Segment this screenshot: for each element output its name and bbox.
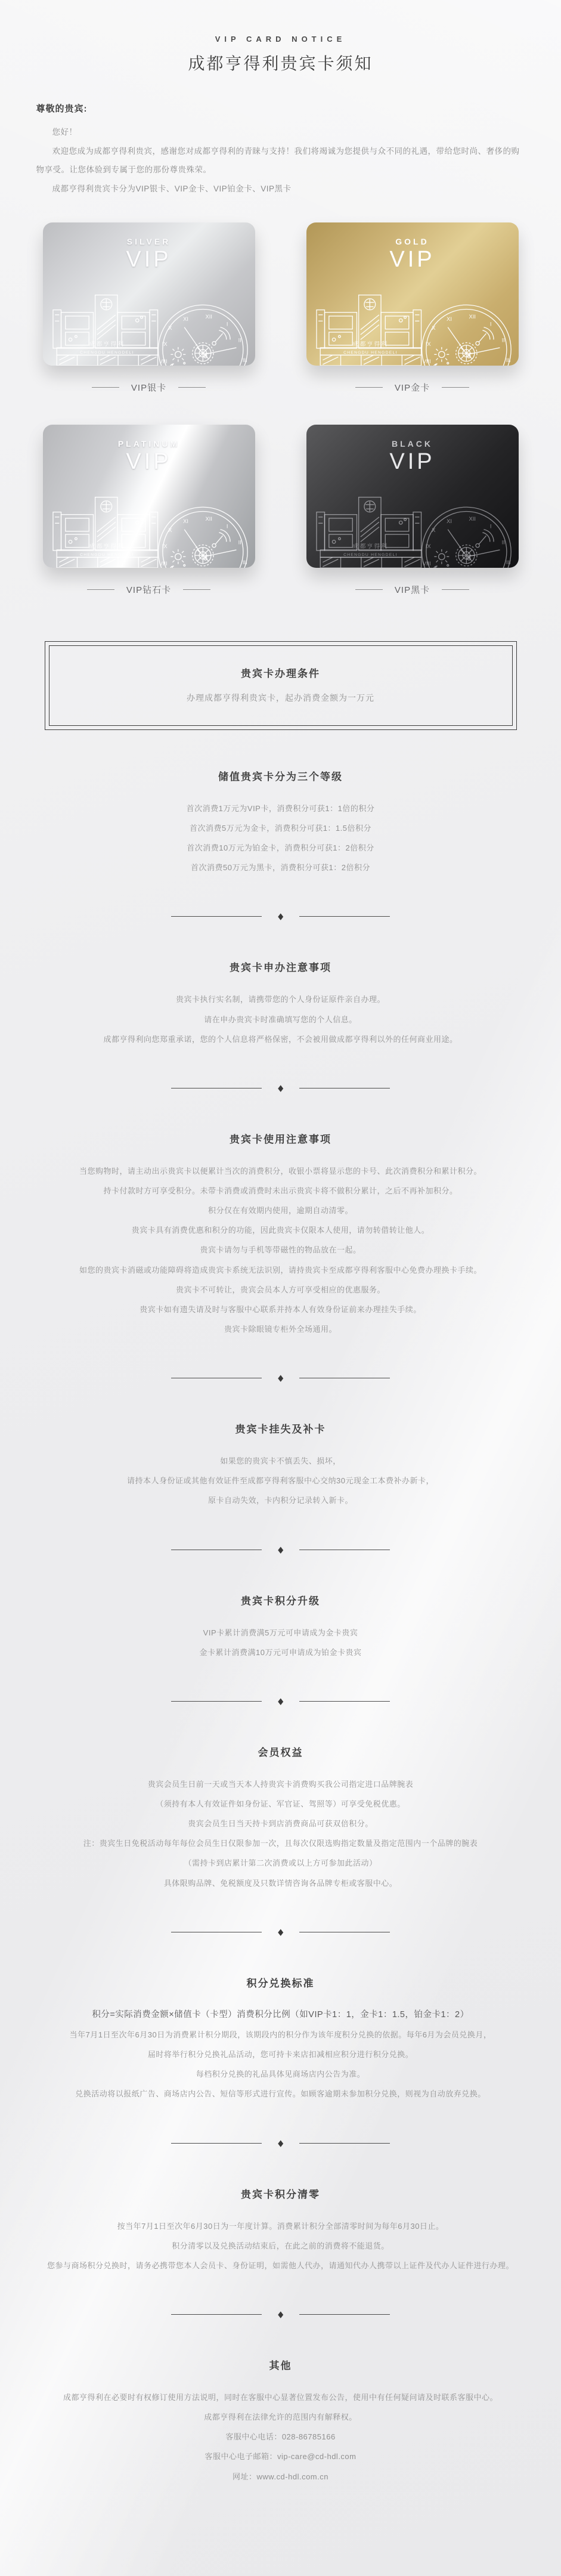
- separator-line: [299, 1378, 390, 1378]
- greeting-paragraph: 您好！: [36, 123, 525, 142]
- svg-text:I: I: [226, 321, 228, 327]
- card-caption-label: VIP黑卡: [395, 583, 430, 596]
- section-lines: 贵宾会员生日前一天或当天本人持贵宾卡消费购买我公司指定进口品牌腕表（须持有本人有…: [0, 1774, 561, 1893]
- section-text-line: 成都亨得利向您郑重承诺，您的个人信息将严格保密，不会被用做成都亨得利以外的任何商…: [0, 1029, 561, 1049]
- section-title: 积分兑换标准: [0, 1975, 561, 1990]
- section-title: 储值贵宾卡分为三个等级: [0, 768, 561, 783]
- storefront-building-illustration: 成都亨得利 CHENGDU HENGDELI: [316, 497, 421, 567]
- svg-text:II: II: [501, 539, 504, 545]
- eyebrow-title: VIP CARD NOTICE: [0, 35, 561, 44]
- svg-text:IX: IX: [162, 341, 168, 347]
- card-vip-text: VIP: [43, 450, 255, 475]
- svg-text:X: X: [168, 527, 172, 533]
- svg-text:III: III: [506, 357, 510, 363]
- notice-box-inner: 贵宾卡办理条件 办理成都亨得利贵宾卡，起办消费金额为一万元: [49, 645, 513, 726]
- card-tier-label: SILVER: [43, 237, 255, 246]
- card-artwork: 成都亨得利 CHENGDU HENGDELI X XI XII I: [43, 487, 255, 568]
- card-tier-label: PLATINUM: [43, 439, 255, 449]
- section-lines: 积分=实际消费金额×储值卡（卡型）消费积分比例（如VIP卡1：1，金卡1：1.5…: [0, 2005, 561, 2104]
- separator-line: [299, 1701, 390, 1702]
- section-title: 会员权益: [0, 1744, 561, 1759]
- vip-card: SILVER VIP: [43, 222, 255, 366]
- page-title: 成都亨得利贵宾卡须知: [0, 51, 561, 75]
- separator-line: [299, 1088, 390, 1088]
- caption-dash-right: [183, 589, 210, 590]
- svg-text:CHENGDU HENGDELI: CHENGDU HENGDELI: [343, 350, 397, 354]
- doc-section: 贵宾卡积分清零 按当年7月1日至次年6月30日为一年度计算。消费累计积分全部清零…: [0, 2186, 561, 2275]
- doc-section: 储值贵宾卡分为三个等级 首次消费1万元为VIP卡，消费积分可获1：1倍的积分首次…: [0, 768, 561, 878]
- caption-dash-left: [355, 387, 383, 388]
- separator-line: [171, 2143, 262, 2144]
- card-caption-label: VIP金卡: [395, 381, 430, 394]
- section-text-line: 持卡付款时方可享受积分。未带卡消费或消费时未出示贵宾卡将不做积分累计，之后不再补…: [0, 1181, 561, 1201]
- svg-text:I: I: [226, 523, 228, 529]
- doc-section: 贵宾卡积分升级 VIP卡累计消费满5万元可申请成为金卡贵宾金卡累计消费满10万元…: [0, 1592, 561, 1662]
- svg-text:XII: XII: [205, 516, 212, 522]
- section-text-line: 请在申办贵宾卡时准确填写您的个人信息。: [0, 1010, 561, 1029]
- section-text-line: 贵宾卡具有消费优惠和积分的功能，因此贵宾卡仅限本人使用，请勿转借转让他人。: [0, 1220, 561, 1240]
- vip-card: GOLD VIP: [306, 222, 519, 366]
- diamond-icon: ◆: [278, 1928, 283, 1937]
- greeting-paragraph: 成都亨得利贵宾卡分为VIP银卡、VIP金卡、VIP铂金卡、VIP黑卡: [36, 180, 525, 199]
- svg-text:XI: XI: [183, 316, 188, 322]
- caption-dash-right: [442, 387, 469, 388]
- svg-text:I: I: [489, 523, 491, 529]
- svg-text:XII: XII: [205, 314, 212, 320]
- section-lines: VIP卡累计消费满5万元可申请成为金卡贵宾金卡累计消费满10万元可申请成为铂金卡…: [0, 1623, 561, 1662]
- separator-line: [299, 2314, 390, 2315]
- watch-illustration: X XI XII I II III IX VIII: [158, 305, 247, 366]
- svg-text:成都亨得利: 成都亨得利: [352, 542, 388, 549]
- svg-text:XI: XI: [183, 518, 188, 524]
- diamond-icon: ◆: [278, 912, 283, 921]
- section-lines: 按当年7月1日至次年6月30日为一年度计算。消费累计积分全部清零时间为每年6月3…: [0, 2216, 561, 2275]
- section-text-line: 成都亨得利在必要时有权修订使用方法说明，同时在客服中心显著位置发布公告，使用中有…: [0, 2388, 561, 2407]
- diamond-icon: ◆: [278, 2310, 283, 2319]
- card-caption-label: VIP钻石卡: [126, 583, 171, 596]
- card-tier-label: BLACK: [306, 439, 519, 449]
- section-text-line: 具体限购品牌、免税额度及只数详情咨询各品牌专柜或客服中心。: [0, 1873, 561, 1893]
- section-text-line: 首次消费1万元为VIP卡，消费积分可获1：1倍的积分: [0, 799, 561, 818]
- svg-text:XI: XI: [447, 316, 452, 322]
- section-text-line: 每档积分兑换的礼品具体见商场店内公告为准。: [0, 2064, 561, 2084]
- separator-line: [171, 1932, 262, 1932]
- diamond-icon: ◆: [278, 1697, 283, 1706]
- section-text-line: 注：贵宾生日免税活动每年每位会员生日仅限参加一次，且每次仅限选购指定数量及指定范…: [0, 1833, 561, 1853]
- separator-line: [299, 1932, 390, 1932]
- section-lines: 贵宾卡执行实名制，请携带您的个人身份证原件亲自办理。请在申办贵宾卡时准确填写您的…: [0, 989, 561, 1049]
- vip-cards-grid: SILVER VIP: [43, 222, 519, 596]
- vip-card-figure: BLACK VIP: [306, 425, 519, 596]
- svg-text:CHENGDU HENGDELI: CHENGDU HENGDELI: [343, 552, 397, 556]
- diamond-separator: ◆: [72, 2310, 489, 2319]
- page-header: VIP CARD NOTICE 成都亨得利贵宾卡须知: [0, 0, 561, 75]
- vip-card: BLACK VIP: [306, 425, 519, 568]
- greeting-section: 尊敬的贵宾: 您好！欢迎您成为成都亨得利贵宾，感谢您对成都亨得利的青睐与支持！我…: [36, 102, 525, 199]
- svg-text:成都亨得利: 成都亨得利: [89, 542, 125, 549]
- section-text-line: （须持有本人有效证件如身份证、军官证、驾照等）可享受免税优惠。: [0, 1794, 561, 1814]
- section-title: 其他: [0, 2357, 561, 2372]
- diamond-icon: ◆: [278, 2139, 283, 2148]
- svg-text:III: III: [242, 357, 247, 363]
- svg-text:X: X: [432, 324, 436, 330]
- svg-text:X: X: [168, 324, 172, 330]
- section-text-line: 如果您的贵宾卡不慎丢失、损坏，: [0, 1451, 561, 1471]
- caption-dash-left: [92, 387, 119, 388]
- section-title: 贵宾卡申办注意事项: [0, 959, 561, 974]
- section-title: 贵宾卡使用注意事项: [0, 1131, 561, 1146]
- card-artwork: 成都亨得利 CHENGDU HENGDELI X XI XII I: [43, 285, 255, 366]
- svg-text:II: II: [238, 337, 241, 343]
- section-text-line: 贵宾卡如有遗失请及时与客服中心联系并持本人有效身份证前来办理挂失手续。: [0, 1300, 561, 1319]
- caption-dash-right: [442, 589, 469, 590]
- notice-box-text: 办理成都亨得利贵宾卡，起办消费金额为一万元: [61, 692, 500, 704]
- svg-text:VIII: VIII: [422, 561, 430, 567]
- card-artwork: 成都亨得利 CHENGDU HENGDELI X XI XII I: [306, 487, 519, 568]
- separator-line: [171, 1378, 262, 1378]
- card-caption-label: VIP银卡: [131, 381, 166, 394]
- section-title: 贵宾卡挂失及补卡: [0, 1421, 561, 1436]
- section-text-line: 按当年7月1日至次年6月30日为一年度计算。消费累计积分全部清零时间为每年6月3…: [0, 2216, 561, 2236]
- diamond-icon: ◆: [278, 1084, 283, 1093]
- svg-text:X: X: [432, 527, 436, 533]
- doc-section: 会员权益 贵宾会员生日前一天或当天本人持贵宾卡消费购买我公司指定进口品牌腕表（须…: [0, 1744, 561, 1893]
- notice-box: 贵宾卡办理条件 办理成都亨得利贵宾卡，起办消费金额为一万元: [45, 641, 517, 730]
- vip-notice-page: VIP CARD NOTICE 成都亨得利贵宾卡须知 尊敬的贵宾: 您好！欢迎您…: [0, 0, 561, 2576]
- storefront-building-illustration: 成都亨得利 CHENGDU HENGDELI: [52, 295, 157, 365]
- section-text-line: 首次消费50万元为黑卡，消费积分可获1：2倍积分: [0, 858, 561, 877]
- section-text-line: 贵宾卡执行实名制，请携带您的个人身份证原件亲自办理。: [0, 989, 561, 1009]
- section-text-line: 积分仅在有效期内使用，逾期自动清零。: [0, 1201, 561, 1220]
- card-artwork: 成都亨得利 CHENGDU HENGDELI X XI XII I: [306, 285, 519, 366]
- section-lines: 当您购物时，请主动出示贵宾卡以便累计当次的消费积分，收银小票将显示您的卡号、此次…: [0, 1161, 561, 1339]
- section-text-line: 请持本人身份证或其他有效证件至成都亨得利客服中心交纳30元现金工本费补办新卡，: [0, 1471, 561, 1490]
- diamond-separator: ◆: [72, 912, 489, 921]
- svg-text:VIII: VIII: [159, 561, 167, 567]
- section-text-line: 如您的贵宾卡消磁或功能障碍将造成贵宾卡系统无法识别，请持贵宾卡至成都亨得利客服中…: [0, 1260, 561, 1280]
- section-title: 贵宾卡积分升级: [0, 1592, 561, 1607]
- separator-line: [299, 1550, 390, 1550]
- section-text-line: 网址：www.cd-hdl.com.cn: [0, 2467, 561, 2487]
- separator-line: [299, 2143, 390, 2144]
- vip-card-figure: PLATINUM VIP: [43, 425, 255, 596]
- greeting-salutation: 尊敬的贵宾:: [36, 102, 525, 115]
- diamond-icon: ◆: [278, 1374, 283, 1383]
- section-text-line: 成都亨得利在法律允许的范围内有解释权。: [0, 2407, 561, 2427]
- watch-illustration: X XI XII I II III IX VIII: [421, 507, 511, 568]
- section-lines: 如果您的贵宾卡不慎丢失、损坏，请持本人身份证或其他有效证件至成都亨得利客服中心交…: [0, 1451, 561, 1510]
- section-text-line: 贵宾卡除眼镜专柜外全场通用。: [0, 1319, 561, 1339]
- section-text-line: （需持卡到店累计第二次消费或以上方可参加此活动）: [0, 1853, 561, 1873]
- card-caption: VIP钻石卡: [43, 583, 255, 596]
- caption-dash-right: [178, 387, 206, 388]
- svg-text:XII: XII: [469, 516, 475, 522]
- diamond-separator: ◆: [72, 1374, 489, 1383]
- doc-section: 贵宾卡挂失及补卡 如果您的贵宾卡不慎丢失、损坏，请持本人身份证或其他有效证件至成…: [0, 1421, 561, 1510]
- svg-text:VIII: VIII: [422, 358, 430, 364]
- watch-illustration: X XI XII I II III IX VIII: [158, 507, 247, 568]
- section-text-line: 客服中心电子邮箱：vip-care@cd-hdl.com: [0, 2447, 561, 2466]
- separator-line: [171, 1701, 262, 1702]
- card-vip-text: VIP: [306, 248, 519, 273]
- section-text-line: 金卡累计消费满10万元可申请成为铂金卡贵宾: [0, 1643, 561, 1662]
- section-text-line: 积分=实际消费金额×储值卡（卡型）消费积分比例（如VIP卡1：1，金卡1：1.5…: [0, 2005, 561, 2025]
- section-text-line: 贵宾卡不可转让，贵宾会员本人方可享受相应的优惠服务。: [0, 1280, 561, 1300]
- card-vip-text: VIP: [306, 450, 519, 475]
- doc-section: 贵宾卡使用注意事项 当您购物时，请主动出示贵宾卡以便累计当次的消费积分，收银小票…: [0, 1131, 561, 1339]
- diamond-separator: ◆: [72, 2139, 489, 2148]
- section-text-line: 原卡自动失效，卡内积分记录转入新卡。: [0, 1490, 561, 1510]
- svg-text:成都亨得利: 成都亨得利: [352, 339, 388, 347]
- card-caption: VIP黑卡: [306, 583, 519, 596]
- section-text-line: 首次消费5万元为金卡，消费积分可获1：1.5倍积分: [0, 818, 561, 838]
- storefront-building-illustration: 成都亨得利 CHENGDU HENGDELI: [52, 497, 157, 567]
- doc-section: 其他 成都亨得利在必要时有权修订使用方法说明，同时在客服中心显著位置发布公告，使…: [0, 2357, 561, 2487]
- greeting-paragraph: 欢迎您成为成都亨得利贵宾，感谢您对成都亨得利的青睐与支持！我们将竭诚为您提供与众…: [36, 142, 525, 180]
- card-caption: VIP金卡: [306, 381, 519, 394]
- svg-text:CHENGDU HENGDELI: CHENGDU HENGDELI: [80, 552, 134, 556]
- section-text-line: 贵宾会员生日当天持卡到店消费商品可获双倍积分。: [0, 1814, 561, 1833]
- doc-section: 贵宾卡申办注意事项 贵宾卡执行实名制，请携带您的个人身份证原件亲自办理。请在申办…: [0, 959, 561, 1049]
- notice-box-title: 贵宾卡办理条件: [61, 665, 500, 680]
- svg-text:II: II: [238, 539, 241, 545]
- section-text-line: 当年7月1日至次年6月30日为消费累计积分期段，该期段内的积分作为该年度积分兑换…: [0, 2025, 561, 2045]
- section-text-line: 首次消费10万元为铂金卡，消费积分可获1：2倍积分: [0, 838, 561, 858]
- svg-text:IX: IX: [425, 543, 431, 549]
- section-lines: 首次消费1万元为VIP卡，消费积分可获1：1倍的积分首次消费5万元为金卡，消费积…: [0, 799, 561, 878]
- section-text-line: 兑换活动将以报纸广告、商场店内公告、短信等形式进行宣传。如顾客逾期未参加积分兑换…: [0, 2084, 561, 2104]
- svg-text:VIII: VIII: [159, 358, 167, 364]
- section-text-line: 客服中心电话：028-86785166: [0, 2427, 561, 2447]
- card-vip-text: VIP: [43, 248, 255, 273]
- caption-dash-left: [87, 589, 114, 590]
- diamond-separator: ◆: [72, 1697, 489, 1706]
- vip-card: PLATINUM VIP: [43, 425, 255, 568]
- svg-text:成都亨得利: 成都亨得利: [89, 339, 125, 347]
- diamond-separator: ◆: [72, 1084, 489, 1093]
- section-text-line: VIP卡累计消费满5万元可申请成为金卡贵宾: [0, 1623, 561, 1643]
- caption-dash-left: [355, 589, 383, 590]
- section-text-line: 当您购物时，请主动出示贵宾卡以便累计当次的消费积分，收银小票将显示您的卡号、此次…: [0, 1161, 561, 1181]
- vip-card-figure: SILVER VIP: [43, 222, 255, 394]
- diamond-separator: ◆: [72, 1928, 489, 1937]
- svg-text:XII: XII: [469, 314, 475, 320]
- svg-text:XI: XI: [447, 518, 452, 524]
- card-tier-label: GOLD: [306, 237, 519, 246]
- section-text-line: 您参与商场积分兑换时，请务必携带您本人会员卡、身份证明，如需他人代办，请通知代办…: [0, 2256, 561, 2275]
- doc-section: 积分兑换标准 积分=实际消费金额×储值卡（卡型）消费积分比例（如VIP卡1：1，…: [0, 1975, 561, 2104]
- svg-text:IX: IX: [425, 341, 431, 347]
- section-text-line: 贵宾会员生日前一天或当天本人持贵宾卡消费购买我公司指定进口品牌腕表: [0, 1774, 561, 1794]
- diamond-separator: ◆: [72, 1545, 489, 1554]
- diamond-icon: ◆: [278, 1545, 283, 1554]
- separator-line: [171, 1550, 262, 1550]
- section-text-line: 积分清零以及兑换活动结束后，在此之前的消费将不能退货。: [0, 2236, 561, 2256]
- svg-text:II: II: [501, 337, 504, 343]
- svg-text:IX: IX: [162, 543, 168, 549]
- vip-card-figure: GOLD VIP: [306, 222, 519, 394]
- svg-text:III: III: [506, 559, 510, 565]
- svg-text:I: I: [489, 321, 491, 327]
- storefront-building-illustration: 成都亨得利 CHENGDU HENGDELI: [316, 295, 421, 365]
- section-lines: 成都亨得利在必要时有权修订使用方法说明，同时在客服中心显著位置发布公告，使用中有…: [0, 2388, 561, 2487]
- separator-line: [299, 916, 390, 917]
- section-title: 贵宾卡积分清零: [0, 2186, 561, 2201]
- greeting-paragraphs: 您好！欢迎您成为成都亨得利贵宾，感谢您对成都亨得利的青睐与支持！我们将竭诚为您提…: [36, 123, 525, 199]
- watch-illustration: X XI XII I II III IX VIII: [421, 305, 511, 366]
- section-text-line: 贵宾卡请勿与手机等带磁性的物品放在一起。: [0, 1240, 561, 1260]
- separator-line: [171, 1088, 262, 1088]
- separator-line: [171, 2314, 262, 2315]
- svg-text:III: III: [242, 559, 247, 565]
- sections: 储值贵宾卡分为三个等级 首次消费1万元为VIP卡，消费积分可获1：1倍的积分首次…: [0, 768, 561, 2576]
- card-caption: VIP银卡: [43, 381, 255, 394]
- svg-text:CHENGDU HENGDELI: CHENGDU HENGDELI: [80, 350, 134, 354]
- separator-line: [171, 916, 262, 917]
- section-text-line: 届时将举行积分兑换礼品活动，您可持卡来店扣减相应积分进行积分兑换。: [0, 2045, 561, 2064]
